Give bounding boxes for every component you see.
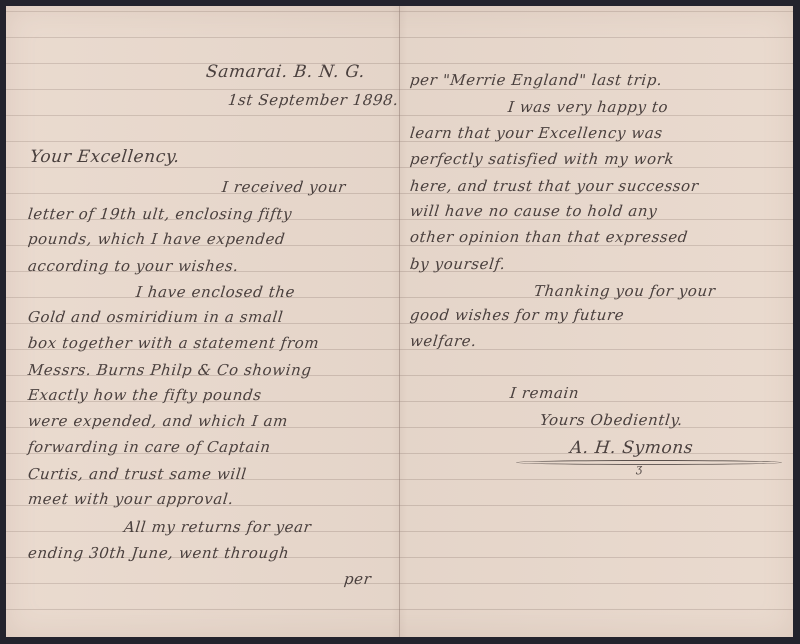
body-line: other opinion than that expressed xyxy=(409,228,689,246)
letter-place: Samarai. B. N. G. xyxy=(205,62,366,82)
letter-date: 1st September 1898. xyxy=(227,91,400,109)
body-line: per "Merrie England" last trip. xyxy=(409,71,663,89)
body-line: All my returns for year xyxy=(123,518,312,536)
body-line: meet with your approval. xyxy=(27,490,235,508)
body-line: forwarding in care of Captain xyxy=(27,438,272,456)
body-line: I was very happy to xyxy=(507,98,669,116)
body-line: letter of 19th ult, enclosing fifty xyxy=(27,205,293,223)
right-page: per "Merrie England" last trip. I was ve… xyxy=(400,6,793,637)
body-line: by yourself. xyxy=(409,255,506,273)
body-line: Messrs. Burns Philp & Co showing xyxy=(27,361,313,379)
body-line: I have enclosed the xyxy=(135,283,296,301)
letter-sheet: Samarai. B. N. G. 1st September 1898. Yo… xyxy=(6,6,793,637)
body-line: Curtis, and trust same will xyxy=(27,465,248,483)
body-line: good wishes for my future xyxy=(409,306,625,324)
body-line: perfectly satisfied with my work xyxy=(409,150,675,168)
body-line: learn that your Excellency was xyxy=(409,124,664,142)
body-line: Thanking you for your xyxy=(533,282,716,300)
closing-yours: Yours Obediently. xyxy=(539,411,684,429)
body-line: welfare. xyxy=(409,332,478,350)
body-line: will have no cause to hold any xyxy=(409,202,658,220)
signature-flourish: ʒ xyxy=(636,462,642,475)
body-line: ending 30th June, went through xyxy=(27,544,290,562)
signature-underline xyxy=(516,460,782,465)
body-line: Exactly how the fifty pounds xyxy=(27,386,263,404)
left-page: Samarai. B. N. G. 1st September 1898. Yo… xyxy=(6,6,399,637)
body-line: were expended, and which I am xyxy=(27,412,289,430)
catchword: per xyxy=(343,570,372,588)
closing-remain: I remain xyxy=(509,384,580,402)
body-line: according to your wishes. xyxy=(27,257,240,275)
signature: A. H. Symons xyxy=(569,438,694,458)
salutation: Your Excellency. xyxy=(29,147,181,167)
body-line: pounds, which I have expended xyxy=(27,230,286,248)
body-line: here, and trust that your successor xyxy=(409,177,700,195)
body-line: Gold and osmiridium in a small xyxy=(27,308,284,326)
body-line: I received your xyxy=(221,178,347,196)
body-line: box together with a statement from xyxy=(27,334,320,352)
